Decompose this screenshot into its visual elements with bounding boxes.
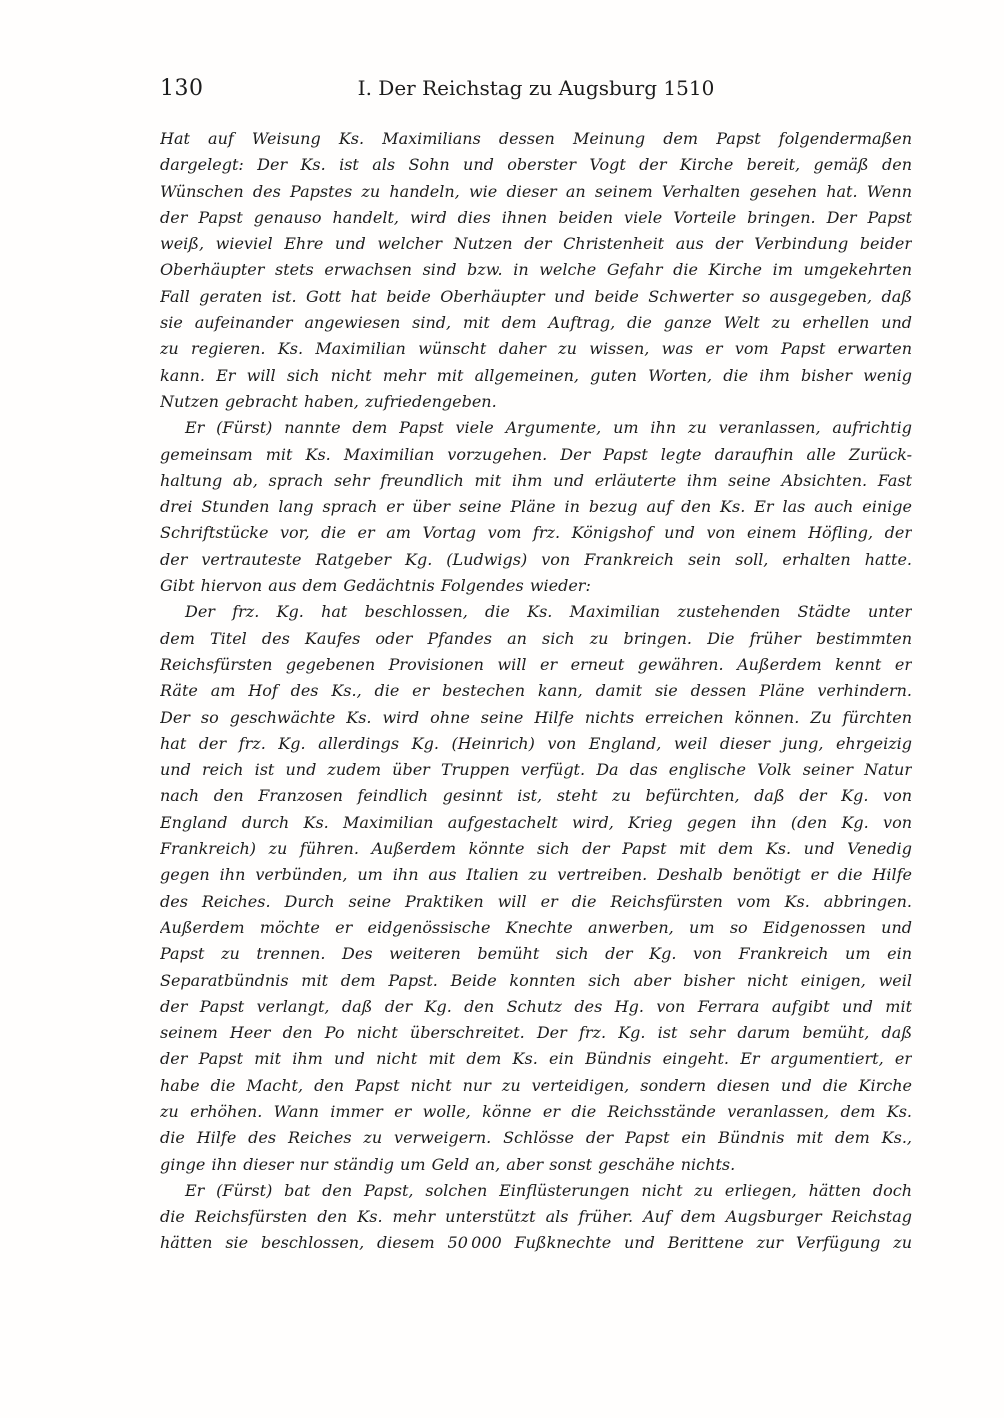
text-line: die Reichsfürsten den Ks. mehr unterstüt… bbox=[160, 1204, 912, 1230]
text-line: zu erhöhen. Wann immer er wolle, könne e… bbox=[160, 1099, 912, 1125]
text-line: dem Titel des Kaufes oder Pfandes an sic… bbox=[160, 626, 912, 652]
text-line: hat der frz. Kg. allerdings Kg. (Heinric… bbox=[160, 731, 912, 757]
text-line: weiß, wieviel Ehre und welcher Nutzen de… bbox=[160, 231, 912, 257]
text-line: Schriftstücke vor, die er am Vortag vom … bbox=[160, 520, 912, 546]
text-line: und reich ist und zudem über Truppen ver… bbox=[160, 757, 912, 783]
text-line: der vertrauteste Ratgeber Kg. (Ludwigs) … bbox=[160, 547, 912, 573]
paragraph: Er (Fürst) nannte dem Papst viele Argume… bbox=[160, 415, 912, 599]
text-line: hätten sie beschlossen, diesem 50 000 Fu… bbox=[160, 1230, 912, 1256]
text-line: dargelegt: Der Ks. ist als Sohn und ober… bbox=[160, 152, 912, 178]
text-line: Gibt hiervon aus dem Gedächtnis Folgende… bbox=[160, 573, 912, 599]
text-line: der Papst mit ihm und nicht mit dem Ks. … bbox=[160, 1046, 912, 1072]
text-line: sie aufeinander angewiesen sind, mit dem… bbox=[160, 310, 912, 336]
text-line: Außerdem möchte er eidgenössische Knecht… bbox=[160, 915, 912, 941]
text-line: Wünschen des Papstes zu handeln, wie die… bbox=[160, 179, 912, 205]
paragraph: Hat auf Weisung Ks. Maximilians dessen M… bbox=[160, 126, 912, 415]
paragraph: Er (Fürst) bat den Papst, solchen Einflü… bbox=[160, 1178, 912, 1257]
text-line: Separatbündnis mit dem Papst. Beide konn… bbox=[160, 968, 912, 994]
paragraph: Der frz. Kg. hat beschlossen, die Ks. Ma… bbox=[160, 599, 912, 1178]
page-number: 130 bbox=[160, 76, 204, 101]
text-line: die Hilfe des Reiches zu verweigern. Sch… bbox=[160, 1125, 912, 1151]
text-line: des Reiches. Durch seine Praktiken will … bbox=[160, 889, 912, 915]
text-line: Oberhäupter stets erwachsen sind bzw. in… bbox=[160, 257, 912, 283]
text-line: der Papst genauso handelt, wird dies ihn… bbox=[160, 205, 912, 231]
text-line: Papst zu trennen. Des weiteren bemüht si… bbox=[160, 941, 912, 967]
text-line: seinem Heer den Po nicht überschreitet. … bbox=[160, 1020, 912, 1046]
text-line: Reichsfürsten gegebenen Provisionen will… bbox=[160, 652, 912, 678]
text-line: Räte am Hof des Ks., die er bestechen ka… bbox=[160, 678, 912, 704]
text-line: Hat auf Weisung Ks. Maximilians dessen M… bbox=[160, 126, 912, 152]
text-line: nach den Franzosen feindlich gesinnt ist… bbox=[160, 783, 912, 809]
text-line: haltung ab, sprach sehr freundlich mit i… bbox=[160, 468, 912, 494]
text-line: zu regieren. Ks. Maximilian wünscht dahe… bbox=[160, 336, 912, 362]
page-header: 130 I. Der Reichstag zu Augsburg 1510 bbox=[160, 76, 912, 102]
text-line: gegen ihn verbünden, um ihn aus Italien … bbox=[160, 862, 912, 888]
text-line: Er (Fürst) bat den Papst, solchen Einflü… bbox=[160, 1178, 912, 1204]
text-line: der Papst verlangt, daß der Kg. den Schu… bbox=[160, 994, 912, 1020]
text-line: Frankreich) zu führen. Außerdem könnte s… bbox=[160, 836, 912, 862]
text-line: Der so geschwächte Ks. wird ohne seine H… bbox=[160, 705, 912, 731]
text-line: drei Stunden lang sprach er über seine P… bbox=[160, 494, 912, 520]
text-line: gemeinsam mit Ks. Maximilian vorzugehen.… bbox=[160, 442, 912, 468]
text-line: Nutzen gebracht haben, zufriedengeben. bbox=[160, 389, 912, 415]
running-header: I. Der Reichstag zu Augsburg 1510 bbox=[160, 76, 912, 100]
text-line: Er (Fürst) nannte dem Papst viele Argume… bbox=[160, 415, 912, 441]
text-line: habe die Macht, den Papst nicht nur zu v… bbox=[160, 1073, 912, 1099]
text-block: Hat auf Weisung Ks. Maximilians dessen M… bbox=[160, 126, 912, 1257]
text-line: Fall geraten ist. Gott hat beide Oberhäu… bbox=[160, 284, 912, 310]
text-line: kann. Er will sich nicht mehr mit allgem… bbox=[160, 363, 912, 389]
text-line: Der frz. Kg. hat beschlossen, die Ks. Ma… bbox=[160, 599, 912, 625]
book-page: 130 I. Der Reichstag zu Augsburg 1510 Ha… bbox=[0, 0, 1004, 1418]
text-line: ginge ihn dieser nur ständig um Geld an,… bbox=[160, 1152, 912, 1178]
text-line: England durch Ks. Maximilian aufgestache… bbox=[160, 810, 912, 836]
